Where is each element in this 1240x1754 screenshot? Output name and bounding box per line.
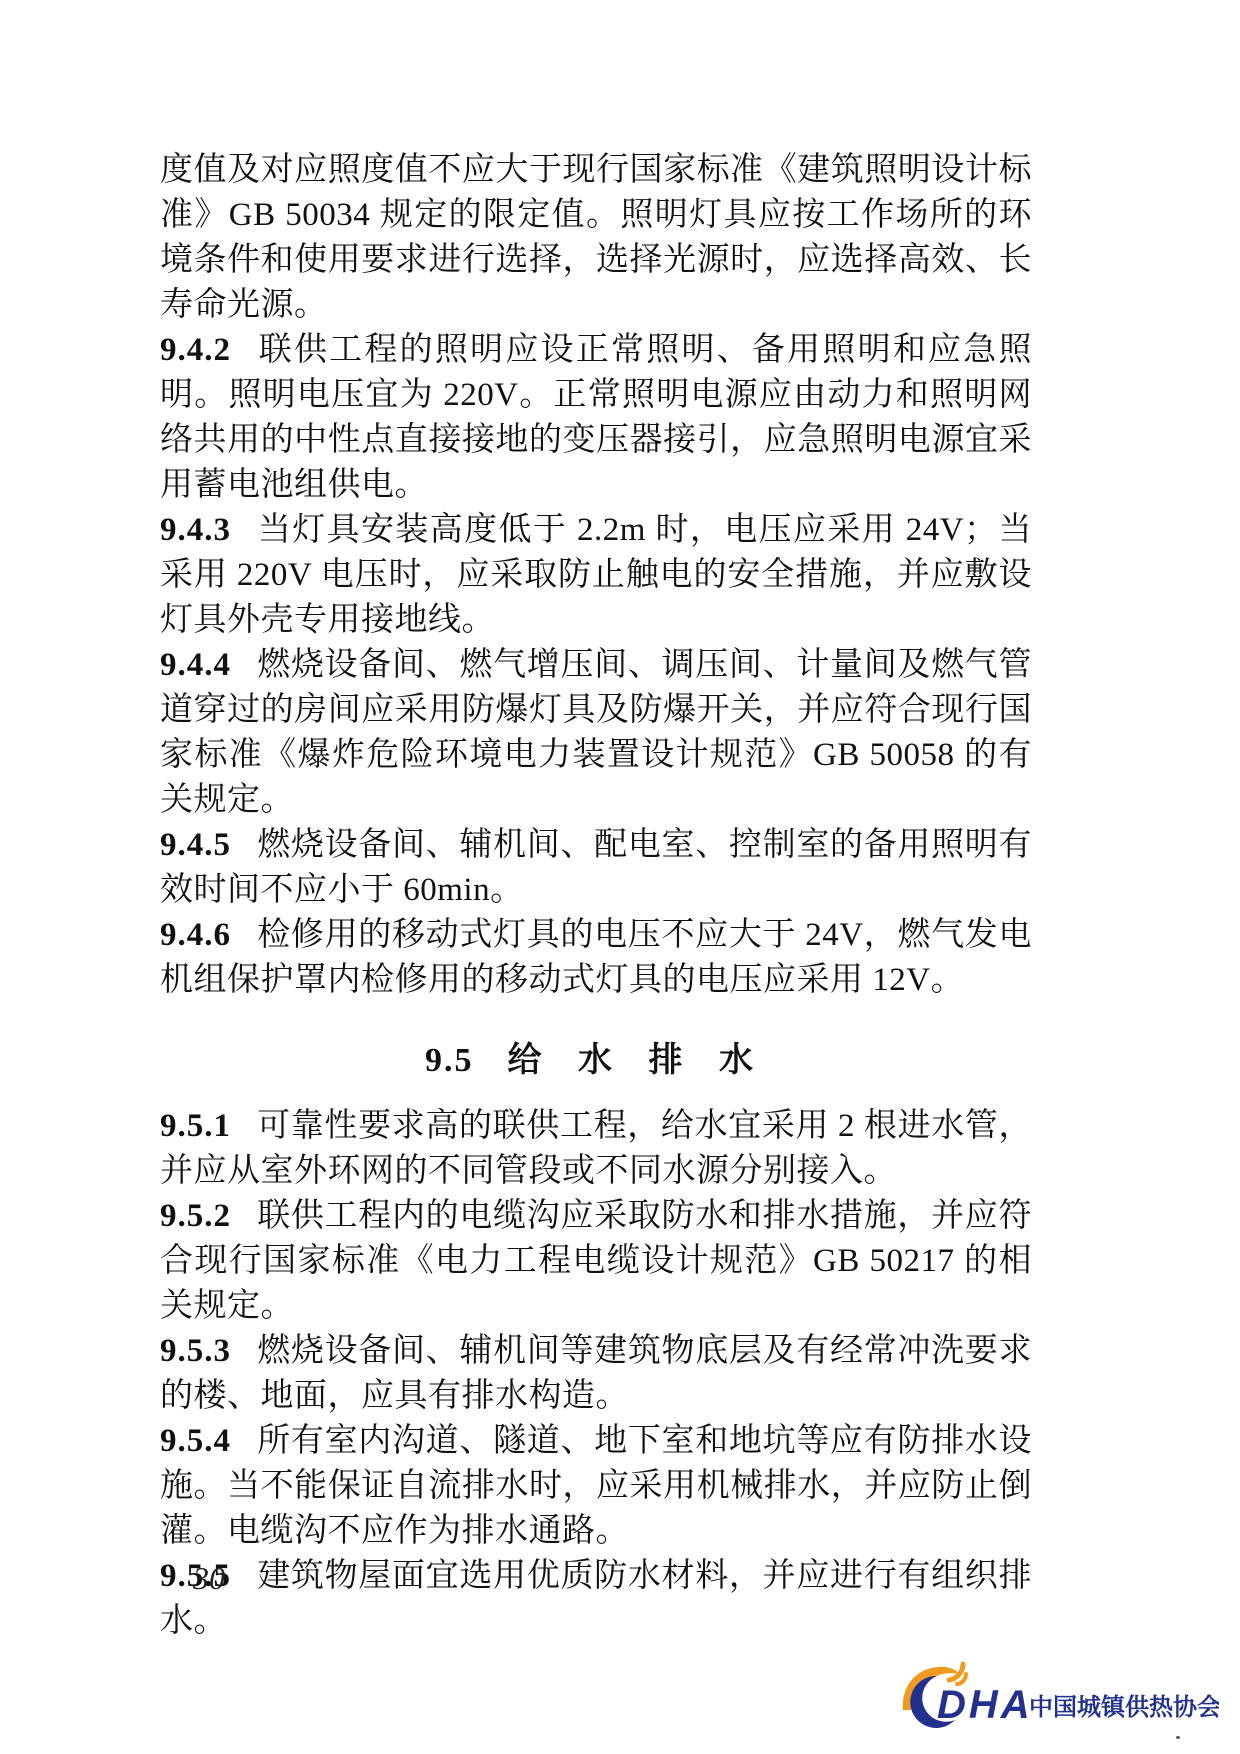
clause-9-5-1: 9.5.1可靠性要求高的联供工程，给水宜采用 2 根进水管，并应从室外环网的不同… [160,1104,1032,1194]
clause-9-4-2: 9.4.2联供工程的照明应设正常照明、备用照明和应急照明。照明电压宜为 220V… [160,328,1032,508]
clause-9-5-4: 9.5.4所有室内沟道、隧道、地下室和地坑等应有防排水设施。当不能保证自流排水时… [160,1419,1032,1554]
clause-9-5-3: 9.5.3燃烧设备间、辅机间等建筑物底层及有经常冲洗要求的楼、地面，应具有排水构… [160,1329,1032,1419]
scan-speck [1176,1736,1180,1739]
clause-text: 可靠性要求高的联供工程，给水宜采用 2 根进水管，并应从室外环网的不同管段或不同… [160,1108,1032,1189]
clause-number: 9.5.4 [160,1423,231,1459]
clause-number: 9.4.4 [160,647,231,683]
clause-text: 燃烧设备间、辅机间等建筑物底层及有经常冲洗要求的楼、地面，应具有排水构造。 [160,1333,1032,1414]
clause-9-4-6: 9.4.6检修用的移动式灯具的电压不应大于 24V，燃气发电机组保护罩内检修用的… [160,913,1032,1003]
clause-number: 9.5.1 [160,1108,231,1144]
clause-9-5-2: 9.5.2联供工程内的电缆沟应采取防水和排水措施，并应符合现行国家标准《电力工程… [160,1194,1032,1329]
clause-text: 燃烧设备间、燃气增压间、调压间、计量间及燃气管道穿过的房间应采用防爆灯具及防爆开… [160,647,1032,818]
clause-text: 联供工程的照明应设正常照明、备用照明和应急照明。照明电压宜为 220V。正常照明… [160,332,1032,503]
clause-number: 9.5.3 [160,1333,231,1369]
clause-text: 检修用的移动式灯具的电压不应大于 24V，燃气发电机组保护罩内检修用的移动式灯具… [160,917,1032,998]
clause-number: 9.4.6 [160,917,231,953]
cdha-logo: DHA 中国城镇供热协会 [897,1658,1219,1734]
clause-9-4-5: 9.4.5燃烧设备间、辅机间、配电室、控制室的备用照明有效时间不应小于 60mi… [160,823,1032,913]
page-number: 30 [193,1560,225,1597]
clause-number: 9.4.3 [160,512,231,548]
clause-number: 9.4.5 [160,827,231,863]
logo-org-name: 中国城镇供热协会 [1029,1693,1219,1721]
body-text-block: 度值及对应照度值不应大于现行国家标准《建筑照明设计标准》GB 50034 规定的… [160,148,1032,1644]
document-page: 度值及对应照度值不应大于现行国家标准《建筑照明设计标准》GB 50034 规定的… [0,0,1240,1754]
clause-9-5-5: 9.5.5建筑物屋面宜选用优质防水材料，并应进行有组织排水。 [160,1554,1032,1644]
clause-text: 联供工程内的电缆沟应采取防水和排水措施，并应符合现行国家标准《电力工程电缆设计规… [160,1198,1032,1324]
logo-acronym: DHA [937,1683,1033,1727]
clause-9-4-4: 9.4.4燃烧设备间、燃气增压间、调压间、计量间及燃气管道穿过的房间应采用防爆灯… [160,643,1032,823]
clause-number: 9.5.2 [160,1198,231,1234]
section-number: 9.5 [425,1042,474,1079]
clause-text: 所有室内沟道、隧道、地下室和地坑等应有防排水设施。当不能保证自流排水时，应采用机… [160,1423,1032,1549]
clause-text: 当灯具安装高度低于 2.2m 时，电压应采用 24V；当采用 220V 电压时，… [160,512,1032,638]
section-heading-9-5: 9.5给 水 排 水 [160,1036,1032,1086]
section-title: 给 水 排 水 [508,1042,768,1079]
clause-text: 燃烧设备间、辅机间、配电室、控制室的备用照明有效时间不应小于 60min。 [160,827,1032,908]
clause-9-4-3: 9.4.3当灯具安装高度低于 2.2m 时，电压应采用 24V；当采用 220V… [160,508,1032,643]
paragraph-continuation: 度值及对应照度值不应大于现行国家标准《建筑照明设计标准》GB 50034 规定的… [160,148,1032,328]
clause-text: 建筑物屋面宜选用优质防水材料，并应进行有组织排水。 [160,1558,1032,1639]
clause-number: 9.4.2 [160,332,231,368]
